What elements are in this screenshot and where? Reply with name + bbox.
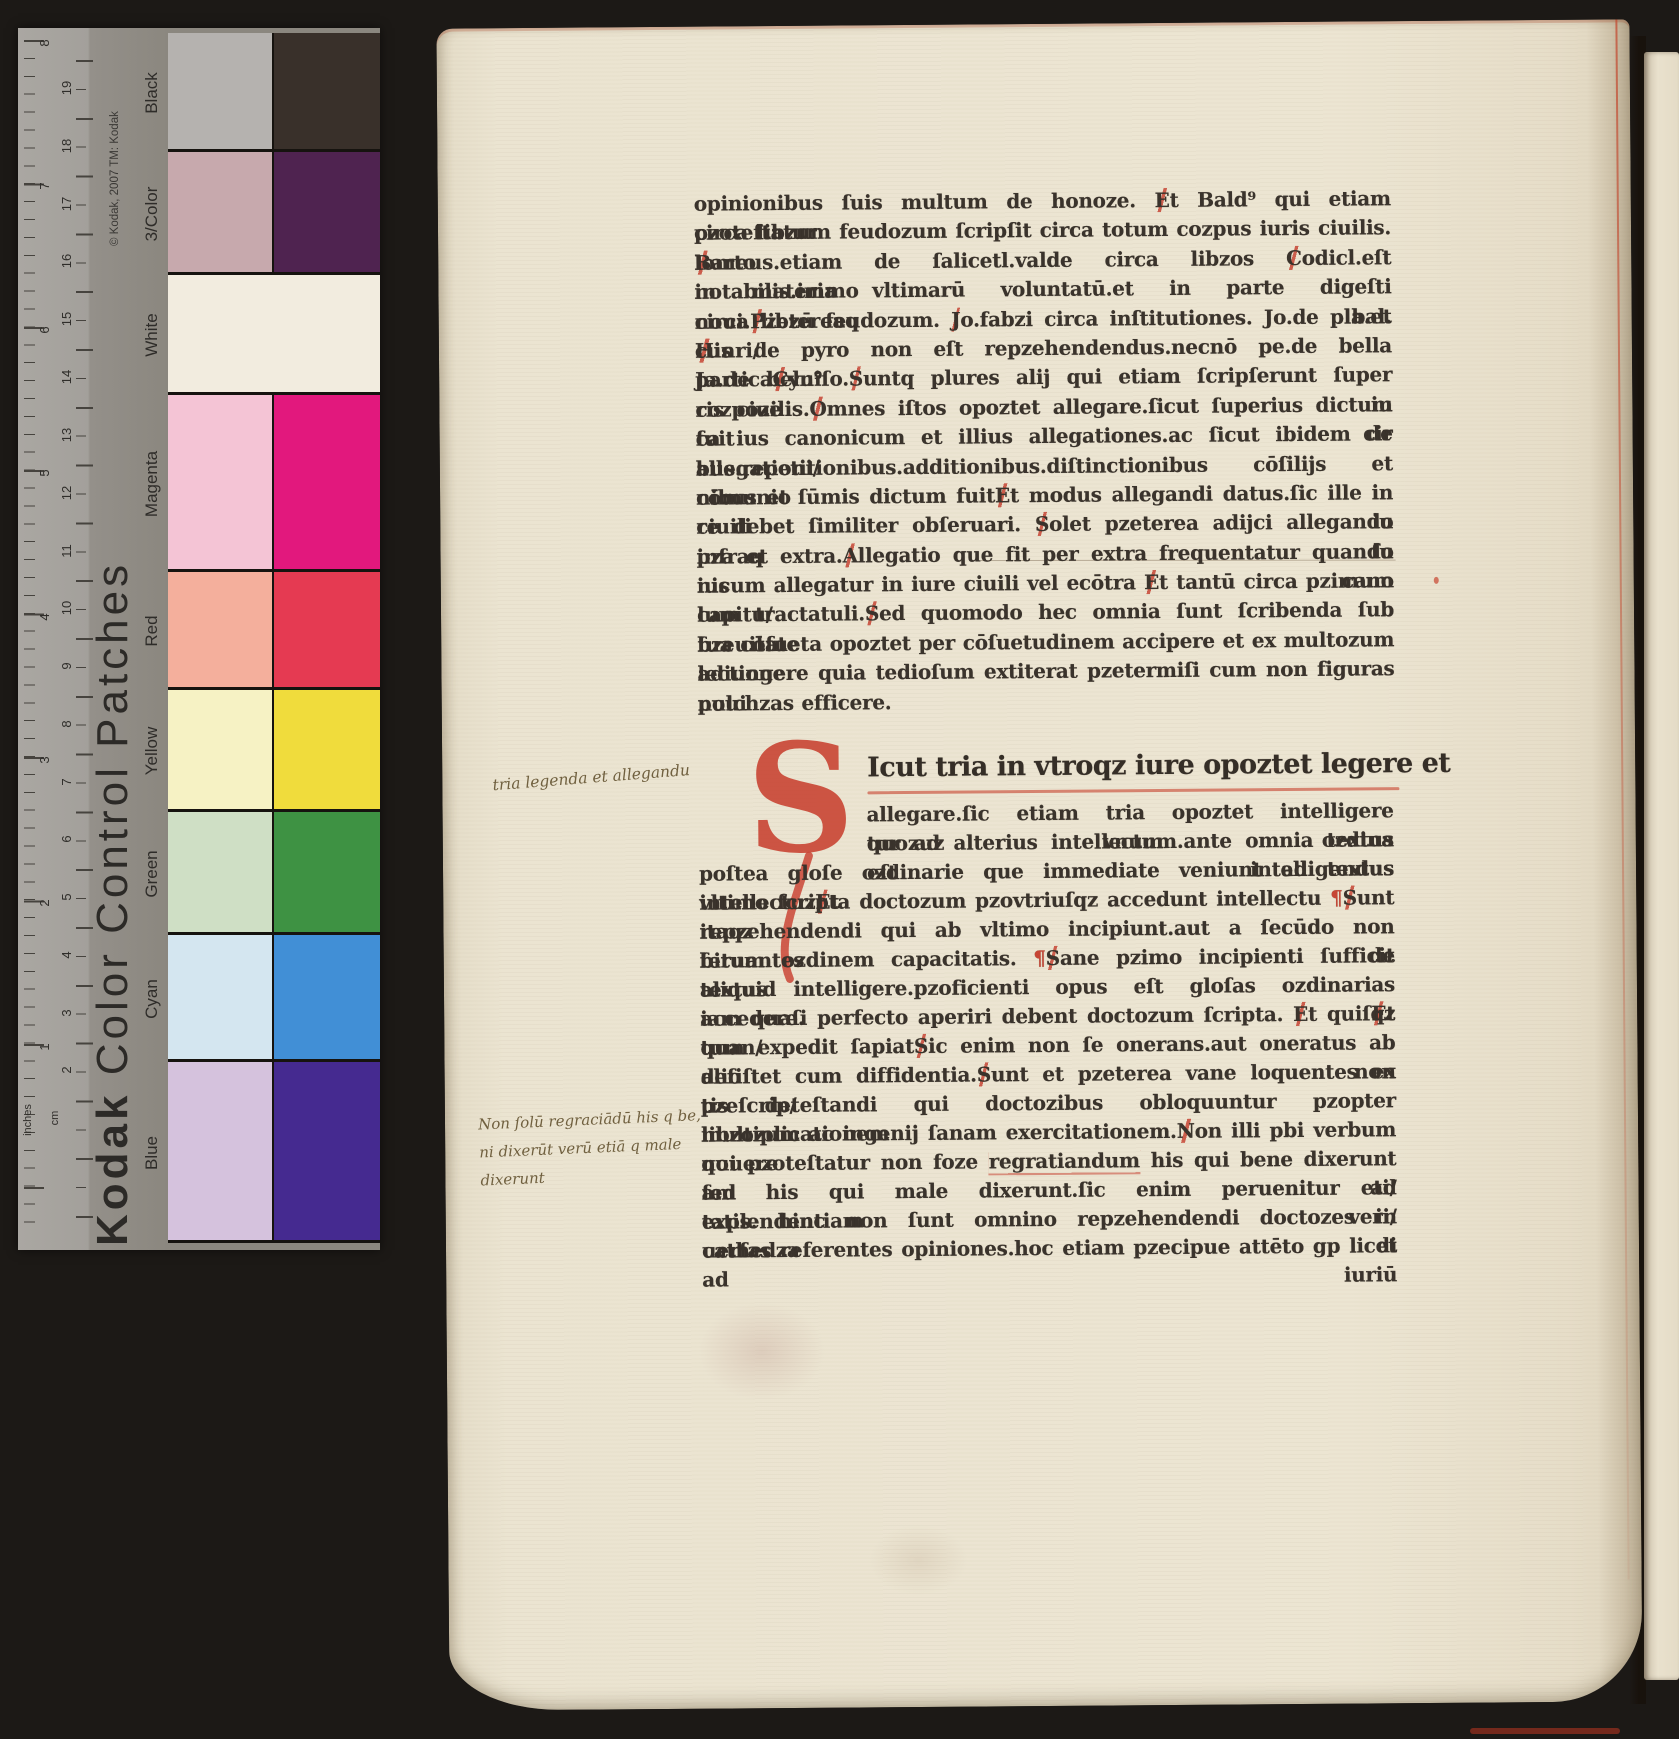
- ruler-number: 3: [37, 749, 53, 771]
- kodak-strip-title-rest: Color Control Patches: [88, 561, 137, 1092]
- patch-label-cyan: Cyan: [143, 944, 161, 1054]
- ruler-number: 4: [37, 606, 53, 628]
- rubricated-letter: S: [849, 367, 863, 391]
- red-ink-speck: [1434, 577, 1439, 584]
- ruler-number: 7: [59, 771, 75, 793]
- section-heading: Icut tria in vtroqz iure opoztet legere …: [867, 741, 1397, 791]
- printed-line: pulchzas efficere.: [698, 684, 1395, 719]
- parchment-page: opinionibus ſuis multum de honoze. Et Ba…: [436, 19, 1642, 1710]
- ruler-number: 2: [59, 1059, 75, 1081]
- rubricated-letter: S: [1035, 512, 1049, 536]
- adjacent-leaf-edge: [1644, 52, 1679, 1680]
- patch-label-magenta: Magenta: [143, 429, 161, 539]
- kodak-brand: Kodak: [88, 1092, 137, 1246]
- color-patch-row-yellow: [168, 690, 380, 812]
- color-patch-row-3-color: [168, 152, 380, 275]
- patch-label-red: Red: [143, 576, 161, 686]
- patch-label-black: Black: [143, 38, 161, 148]
- red-edge-mark: [1470, 1728, 1620, 1734]
- patch-yellow-light: [168, 690, 272, 809]
- ruler-number: 19: [59, 77, 75, 99]
- ruler-number: 6: [37, 319, 53, 341]
- red-paragraph-mark: ¶: [1033, 946, 1046, 970]
- rubricated-letter: E: [995, 483, 1010, 507]
- ruler-number: 4: [59, 944, 75, 966]
- printed-paragraph-2: allegare.ſic etiam tria opoztet intellig…: [698, 796, 1397, 1265]
- photographed-book-page: { "kodak_strip": { "brand_bold": "Kodak"…: [0, 0, 1679, 1739]
- printed-line: ca ius canonicum et illius allegationes.…: [696, 419, 1393, 454]
- color-patch-row-black: [168, 33, 380, 152]
- color-patch-grid: [168, 33, 380, 1243]
- patch-cyan-strong: [274, 935, 380, 1059]
- ruler-number: 6: [59, 828, 75, 850]
- patch-green-light: [168, 812, 272, 932]
- ruler-number: 9: [59, 655, 75, 677]
- rubricated-letter: S: [914, 1034, 928, 1058]
- ruler-number: 12: [59, 482, 75, 504]
- cm-unit-label: cm: [47, 1103, 63, 1133]
- ruler-number: 18: [59, 135, 75, 157]
- ruler-number: 17: [59, 193, 75, 215]
- red-underlined-word: regratiandum: [989, 1148, 1140, 1173]
- color-patch-row-blue: [168, 1062, 380, 1243]
- patch-label-blue: Blue: [143, 1098, 161, 1208]
- rubricated-letter: S: [865, 602, 879, 626]
- ruler-number: 5: [59, 886, 75, 908]
- patch-blue-strong: [274, 1062, 380, 1240]
- color-patch-row-cyan: [168, 935, 380, 1062]
- rubricated-letter: J: [951, 307, 960, 331]
- patch-label-3-color: 3/Color: [143, 159, 161, 269]
- color-patch-row-white: [168, 275, 380, 395]
- patch-magenta-light: [168, 395, 272, 569]
- ruler-number: 3: [59, 1002, 75, 1024]
- patch-yellow-strong: [274, 690, 380, 809]
- kodak-strip-title: Kodak Color Control Patches: [88, 246, 138, 1246]
- rubricated-letter: S: [977, 1062, 991, 1086]
- color-patch-row-red: [168, 572, 380, 690]
- rubricated-letter: N: [1177, 1119, 1195, 1143]
- rubricated-letter: O: [809, 396, 826, 420]
- ruler-number: 13: [59, 424, 75, 446]
- rubricated-letter: E: [1154, 188, 1169, 212]
- ruler-number: 7: [37, 175, 53, 197]
- ruler-number: 5: [37, 462, 53, 484]
- ruler-number: 2: [37, 892, 53, 914]
- printed-line: uerſas referentes opiniones.hoc etiam pz…: [702, 1231, 1397, 1265]
- patch-3/color-strong: [274, 152, 380, 272]
- patch-label-yellow: Yellow: [143, 696, 161, 806]
- rubricated-letter: E: [1144, 570, 1159, 594]
- color-patch-row-magenta: [168, 395, 380, 572]
- patch-blue-light: [168, 1062, 272, 1240]
- rubricated-letter: S: [1046, 946, 1060, 970]
- patch-magenta-strong: [274, 395, 380, 569]
- patch-3/color-light: [168, 152, 272, 272]
- ruler-number: 8: [37, 32, 53, 54]
- color-patch-row-green: [168, 812, 380, 935]
- patch-black-strong: [274, 33, 380, 149]
- printed-line: adiungere quia tedioſum extiterat pzeter…: [697, 654, 1394, 689]
- ruler-number: 14: [59, 366, 75, 388]
- ruler-number: 10: [59, 597, 75, 619]
- ruler-number: 11: [59, 540, 75, 562]
- rubricated-letter: A: [842, 543, 857, 567]
- patch-label-green: Green: [143, 819, 161, 929]
- kodak-color-control-strip: 87654321 1918171615141312111098765432 in…: [18, 28, 380, 1250]
- kodak-copyright: © Kodak, 2007 TM: Kodak: [108, 56, 122, 246]
- rubricated-letter: E: [1293, 1002, 1308, 1026]
- patch-cyan-light: [168, 935, 272, 1059]
- ruler-number: 8: [59, 713, 75, 735]
- red-paragraph-mark: ¶: [1330, 886, 1343, 910]
- patch-label-white: White: [143, 280, 161, 390]
- margin-note-bottom: Non ſolū regraciādū his q be,ni dixerūt …: [478, 1101, 716, 1195]
- patch-green-strong: [274, 812, 380, 932]
- patch-red-strong: [274, 572, 380, 687]
- patch-black-light: [168, 33, 272, 149]
- printed-paragraph-1: opinionibus ſuis multum de honoze. Et Ba…: [694, 184, 1395, 718]
- rubricated-letter: S: [1343, 886, 1357, 910]
- ruler-number: 15: [59, 308, 75, 330]
- ruler-number: 1: [37, 1036, 53, 1058]
- ruler-number: 16: [59, 250, 75, 272]
- patch-white-full: [168, 275, 380, 392]
- margin-note-top: tria legenda et allegandu: [492, 758, 723, 794]
- patch-red-light: [168, 572, 272, 687]
- rubricated-letter: C: [1286, 246, 1302, 270]
- inches-unit-label: inches: [20, 1098, 36, 1142]
